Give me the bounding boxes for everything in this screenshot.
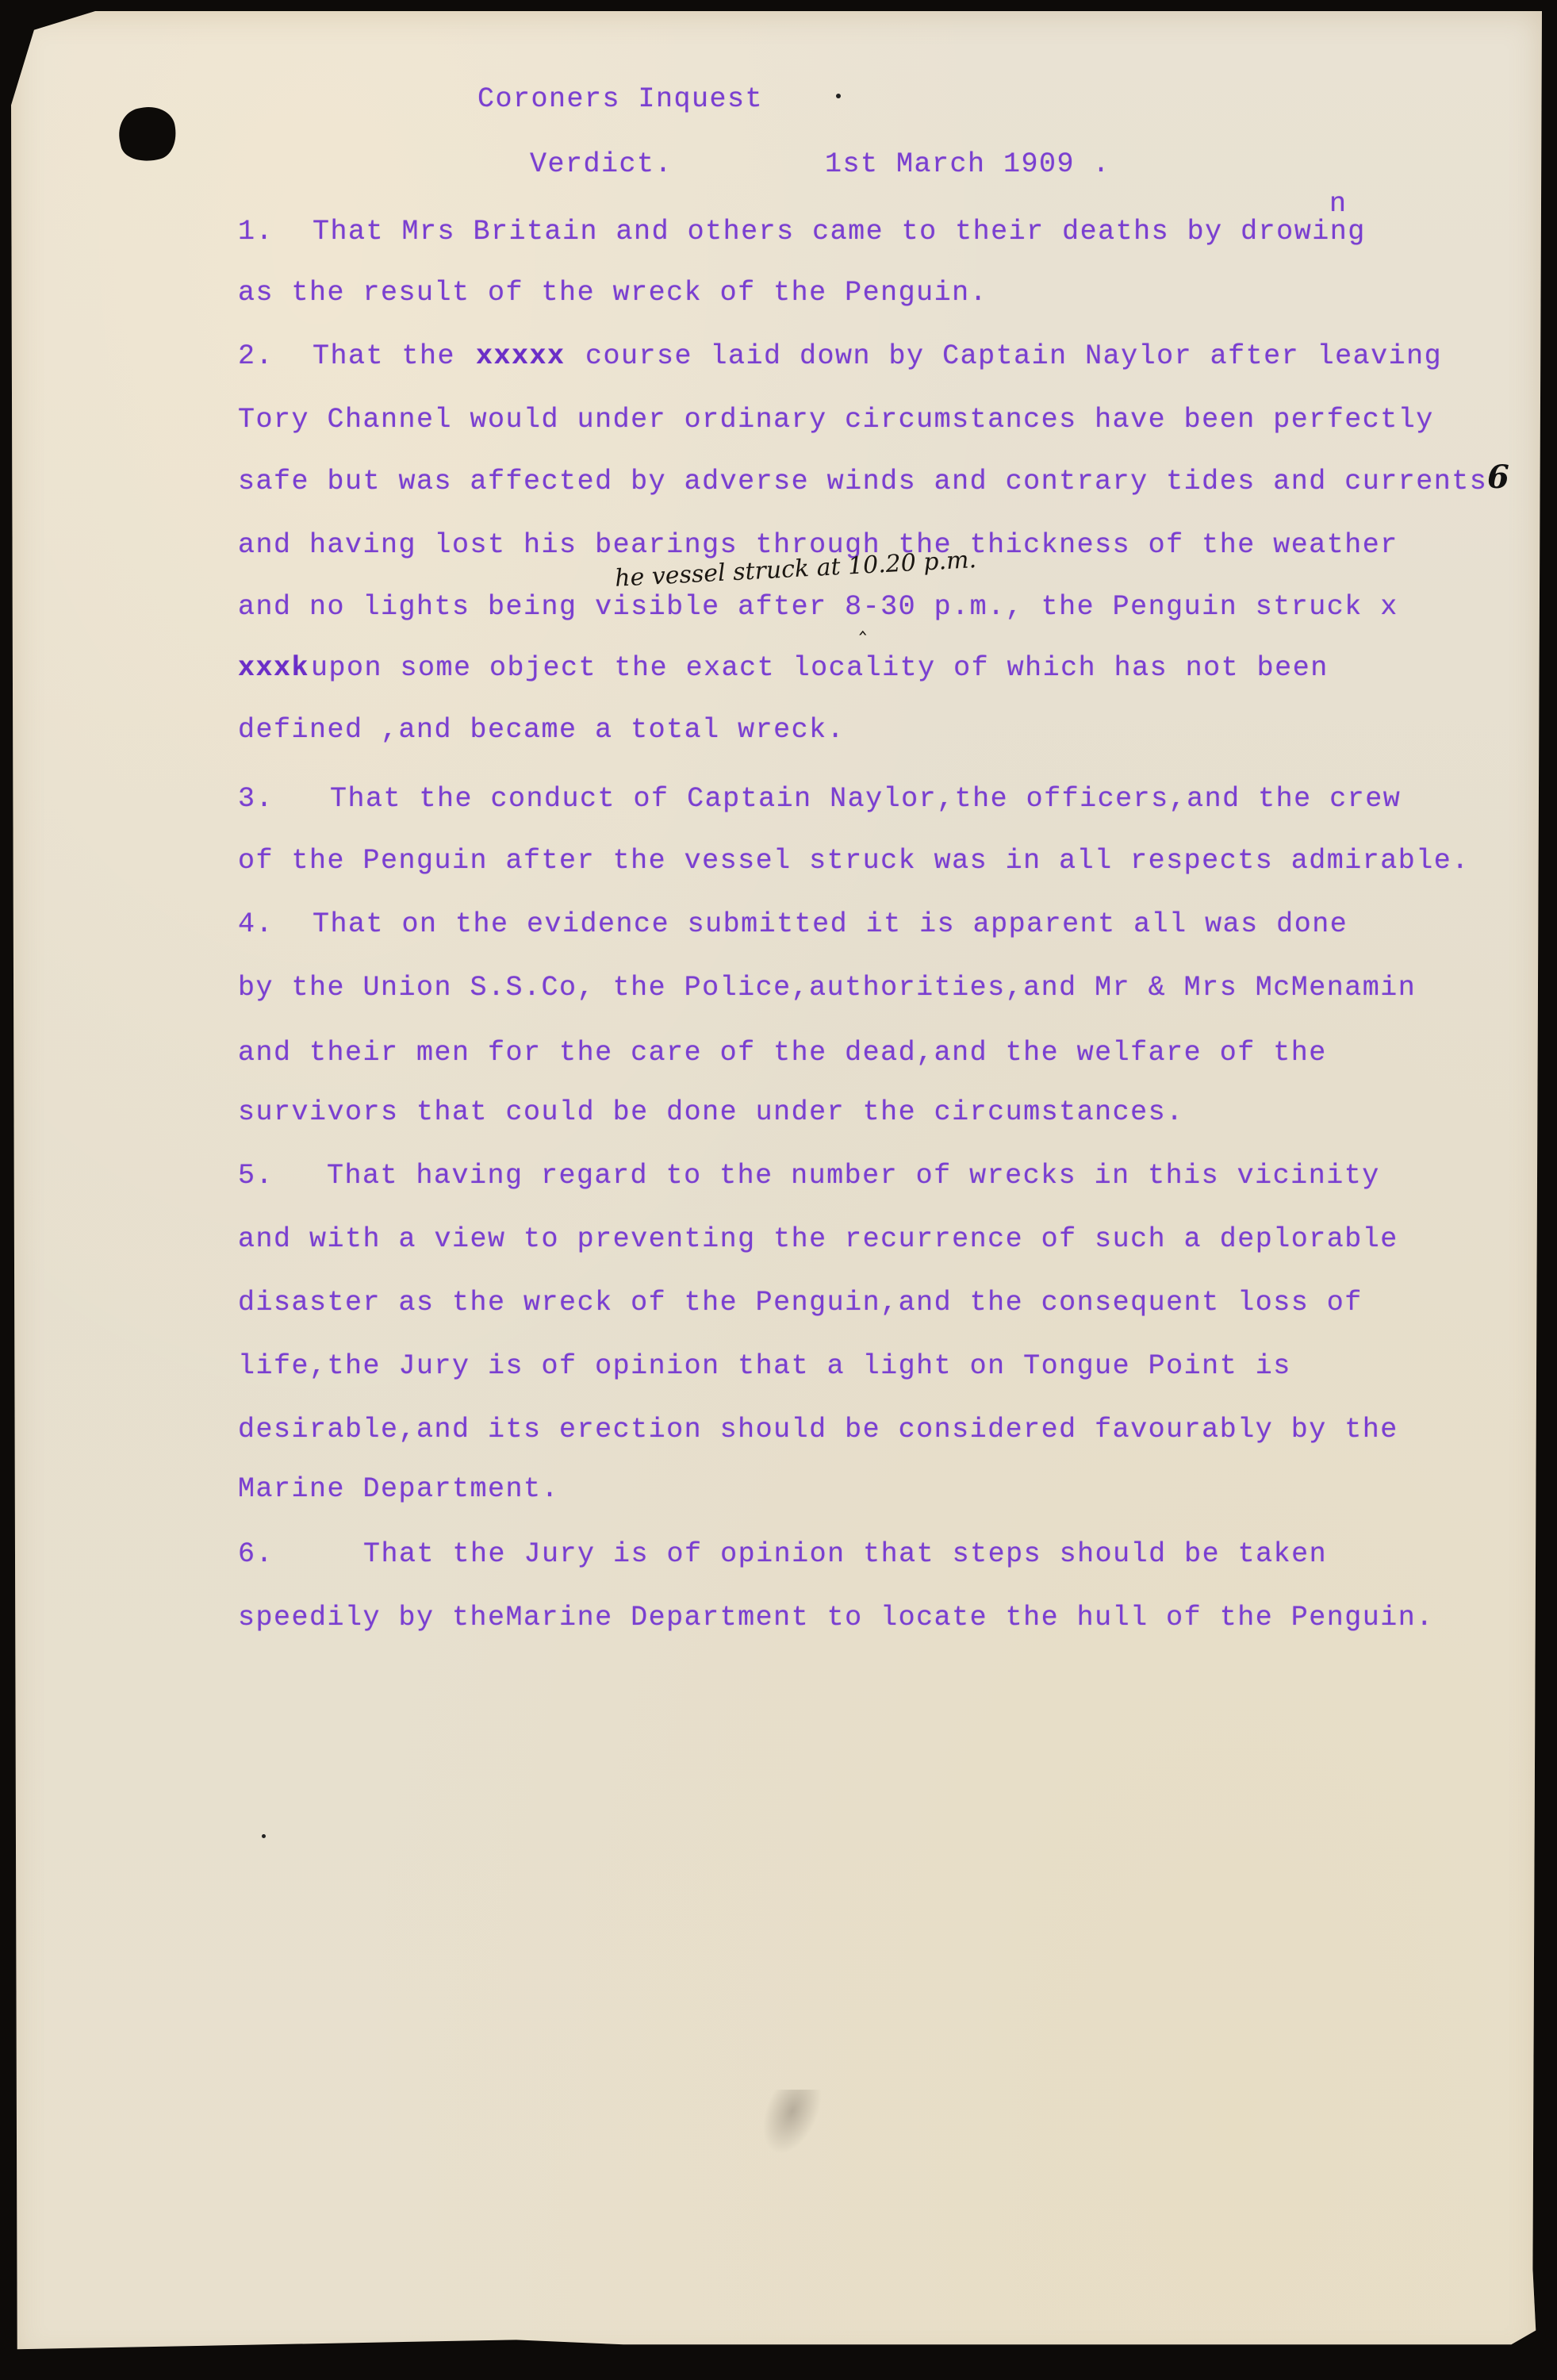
paragraph-line: safe but was affected by adverse winds a… bbox=[238, 468, 1487, 496]
stray-ink-dot bbox=[262, 1834, 266, 1838]
insertion-caret-icon: ‸ bbox=[859, 609, 868, 635]
paragraph-number: 4. bbox=[238, 911, 274, 939]
paragraph-number: 1. bbox=[238, 218, 274, 246]
paragraph-line: life,the Jury is of opinion that a light… bbox=[238, 1353, 1291, 1380]
paragraph-line: Tory Channel would under ordinary circum… bbox=[238, 406, 1434, 434]
stray-ink-dot bbox=[836, 94, 841, 98]
paragraph-line: by the Union S.S.Co, the Police,authorit… bbox=[238, 974, 1416, 1002]
paragraph-line: and their men for the care of the dead,a… bbox=[238, 1039, 1327, 1067]
paragraph-number: 6. bbox=[238, 1541, 274, 1568]
margin-handwritten-mark: 6 bbox=[1487, 459, 1510, 496]
typed-document: Coroners Inquest Verdict. 1st March 1909… bbox=[0, 0, 1557, 2380]
paragraph-line: Marine Department. bbox=[238, 1476, 559, 1503]
struck-out-text: xxxk bbox=[238, 654, 309, 682]
document-date: 1st March 1909 . bbox=[825, 151, 1110, 178]
paragraph-line: speedily by theMarine Department to loca… bbox=[238, 1604, 1434, 1632]
paragraph-line: That the bbox=[313, 343, 455, 370]
paragraph-line: That the Jury is of opinion that steps s… bbox=[363, 1541, 1327, 1568]
paragraph-line: and with a view to preventing the recurr… bbox=[238, 1226, 1398, 1253]
document-subtitle: Verdict. bbox=[530, 151, 673, 178]
correction-letter: n bbox=[1329, 190, 1348, 218]
paragraph-line: desirable,and its erection should be con… bbox=[238, 1416, 1398, 1444]
paragraph-line: disaster as the wreck of the Penguin,and… bbox=[238, 1289, 1363, 1317]
paragraph-number: 2. bbox=[238, 343, 274, 370]
paragraph-line: survivors that could be done under the c… bbox=[238, 1099, 1184, 1127]
struck-out-text: xxxxx bbox=[476, 343, 566, 370]
paragraph-line: upon some object the exact locality of w… bbox=[311, 654, 1329, 682]
paragraph-number: 3. bbox=[238, 785, 274, 813]
paragraph-line: and no lights being visible after 8-30 p… bbox=[238, 593, 1398, 621]
paragraph-line: course laid down by Captain Naylor after… bbox=[585, 343, 1442, 370]
document-title: Coroners Inquest bbox=[477, 86, 763, 113]
paragraph-line: as the result of the wreck of the Pengui… bbox=[238, 279, 988, 307]
paragraph-number: 5. bbox=[238, 1162, 274, 1190]
paragraph-line: defined ,and became a total wreck. bbox=[238, 716, 845, 744]
paragraph-line: That having regard to the number of wrec… bbox=[327, 1162, 1380, 1190]
paragraph-line: That the conduct of Captain Naylor,the o… bbox=[330, 785, 1401, 813]
paragraph-line: That Mrs Britain and others came to thei… bbox=[313, 218, 1366, 246]
paragraph-line: of the Penguin after the vessel struck w… bbox=[238, 847, 1470, 875]
paragraph-line: That on the evidence submitted it is app… bbox=[313, 911, 1348, 939]
